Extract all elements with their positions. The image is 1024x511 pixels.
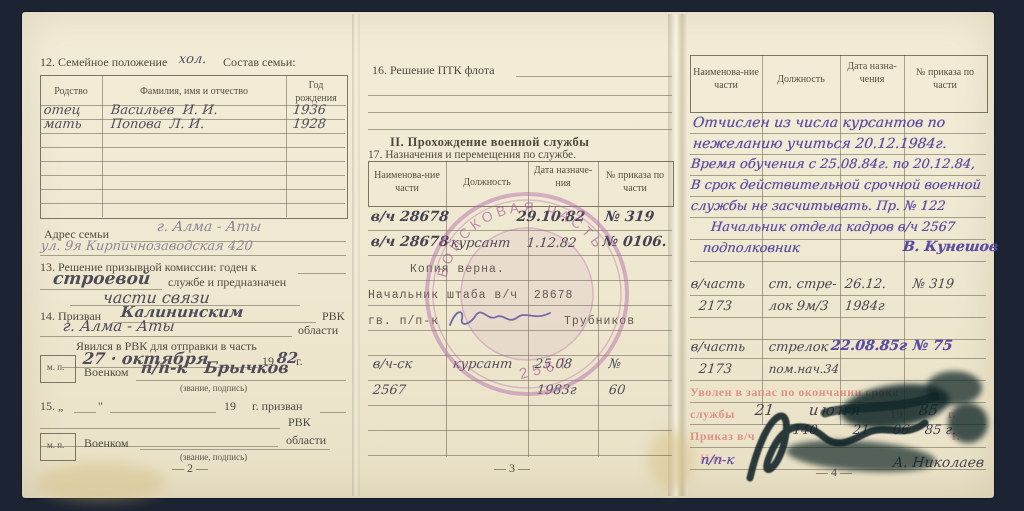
family-row1-year: 1936 <box>292 103 327 118</box>
section14-oblast-label: области <box>298 323 338 338</box>
page4-header-order: № приказа по части <box>906 66 984 92</box>
section13-rule1 <box>298 273 346 274</box>
p4-row2-order: № 75 <box>912 338 953 354</box>
section15-quote: " <box>98 399 103 414</box>
family-header-rodstvo: Родство <box>42 85 100 98</box>
voenkom2-label: Военком <box>84 436 128 451</box>
section15-rule2 <box>110 412 216 413</box>
p4-row1-date2: 1984г <box>844 299 885 314</box>
stamp-place-label-1: м. п. <box>47 362 64 372</box>
page-4: Наименова-ние части Должность Дата назна… <box>690 55 988 501</box>
page4-vrule1 <box>762 55 763 425</box>
p4-row2-date1: 22.08.85г <box>830 338 908 354</box>
note-line3: Время обучения с 25.08.84г. по 20.12.84, <box>690 157 976 172</box>
note-line5: службы не засчитывать. Пр. № 122 <box>690 199 946 214</box>
part2-title: II. Прохождение военной службы <box>390 135 589 150</box>
service-header-unit: Наименова-ние части <box>370 169 444 195</box>
section16-label: 16. Решение ПТК флота <box>372 63 495 78</box>
p4-row1-post1: ст. стре- <box>768 277 837 292</box>
family-row2-name: Попова Л. И. <box>110 117 205 132</box>
section12-suffix: Состав семьи: <box>223 55 296 70</box>
note-line7-rank: подполковник <box>702 241 800 256</box>
ink-blot-4 <box>948 403 988 443</box>
address-rule2 <box>40 255 346 256</box>
p4-row1-date1: 26.12. <box>844 277 887 292</box>
section15-rest: г. призван <box>252 399 302 414</box>
page2-number: — 2 — <box>172 461 208 476</box>
section12-label: 12. Семейное положение <box>40 55 167 70</box>
note-line2: нежеланию учиться 20.12.1984г. <box>692 136 948 152</box>
p4-row1-unit2: 2173 <box>698 299 733 314</box>
section15-oblast: области <box>286 433 326 448</box>
family-table-vrule2 <box>286 75 287 217</box>
family-table-vrule1 <box>102 75 103 217</box>
page-3: 16. Решение ПТК флота II. Прохождение во… <box>368 55 674 501</box>
section13-handwritten-service: строевой <box>52 269 151 289</box>
p4-row1-unit1: в/часть <box>690 277 746 292</box>
row4-order: 60 <box>608 383 626 398</box>
family-header-fio: Фамилия, имя и отчество <box>106 85 282 98</box>
row4-unit: 2567 <box>372 383 407 398</box>
page4-header-unit: Наименова-ние части <box>692 66 760 92</box>
family-row1-name: Васильев И. И. <box>110 103 218 118</box>
voenkom1-note: (звание, подпись) <box>180 383 247 393</box>
note-line1: Отчислен из числа курсантов по <box>692 115 946 131</box>
family-header-year: Год рождения <box>288 79 344 105</box>
ink-blot-2 <box>926 371 982 405</box>
page3-number: — 3 — <box>494 461 530 476</box>
note-line4: В срок действительной срочной военной <box>690 178 982 193</box>
family-row2-rel: мать <box>43 117 83 132</box>
voenkom2-rule <box>140 449 330 450</box>
row3-unit: в/ч-ск <box>372 357 413 372</box>
page4-number: — 4 — <box>816 465 852 480</box>
scanned-military-document: 12. Семейное положение хол. Состав семьи… <box>0 0 1024 511</box>
page-2: 12. Семейное положение хол. Состав семьи… <box>40 55 354 501</box>
stamp-place-label-2: м. п. <box>47 440 64 450</box>
section12-handwritten-status: хол. <box>178 52 207 67</box>
section14-rvk-label: РВК <box>322 309 345 324</box>
section15-rule4 <box>40 428 280 429</box>
p4-row1-order: № 319 <box>912 277 955 292</box>
discharge-stamp-line2: службы <box>690 407 735 422</box>
section14-handwritten-city: г. Алма - Аты <box>62 317 176 335</box>
address-handwritten-1: г. Алма - Аты <box>156 219 262 235</box>
address-handwritten-2: ул. 9я Кирпичнозаводская 420 <box>40 239 253 254</box>
family-row2-year: 1928 <box>292 117 327 132</box>
section14-year-suffix: г. <box>296 354 303 369</box>
page4-vrule2 <box>840 55 841 425</box>
p4-row1-post2: лок 9м/3 <box>768 299 829 314</box>
note-line6: Начальник отдела кадров в/ч 2567 <box>710 220 956 235</box>
p4-row2-unit2: 2173 <box>698 362 733 377</box>
p4-row2-unit1: в/часть <box>690 340 746 355</box>
section15-rule1 <box>74 412 96 413</box>
voenkom1-label: Военком <box>84 365 128 380</box>
section15-rvk: РВК <box>288 415 311 430</box>
p4-row2-post1: стрелок <box>768 340 829 355</box>
section14-rule2 <box>40 336 292 337</box>
section17-label: 17. Назначения и перемещения по службе. <box>368 149 576 161</box>
section15-rule3 <box>320 412 346 413</box>
section15-prefix: 15. „ <box>40 399 63 414</box>
section16-rule1 <box>516 76 672 77</box>
page4-header-date: Дата назна-чения <box>842 60 902 86</box>
voenkom1-handwritten-signature: п/п-к Брычков <box>140 358 290 377</box>
family-row1-rel: отец <box>43 103 81 118</box>
page4-header-post: Должность <box>764 73 838 86</box>
p4-row2-post2: пом.нач.34 <box>768 362 840 376</box>
section15-year: 19 <box>224 399 236 414</box>
note-line7-signature: В. Кунешов <box>902 239 999 255</box>
voenkom1-rule <box>136 380 346 381</box>
